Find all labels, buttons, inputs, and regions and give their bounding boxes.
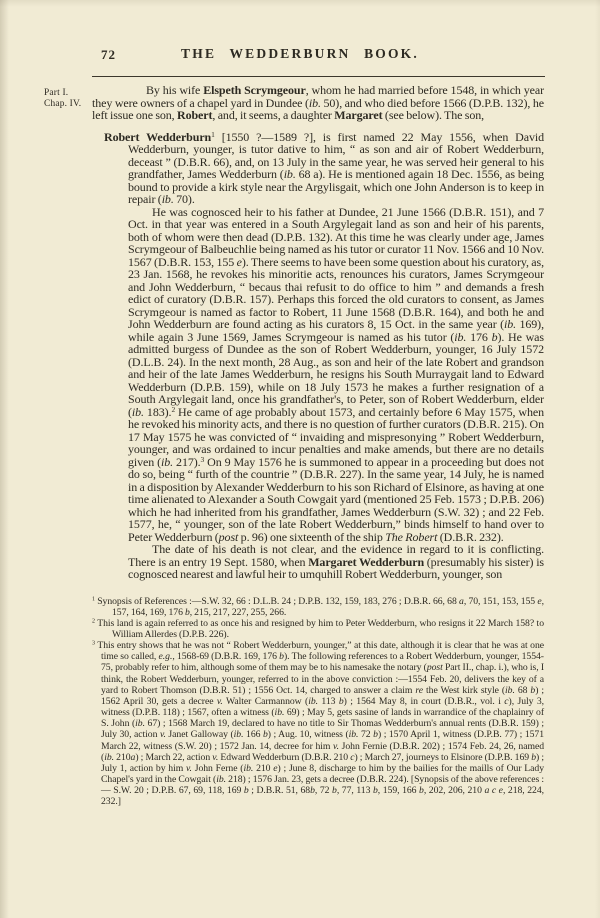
footnote-2: 2 This land is again referred to as once… xyxy=(92,618,544,640)
account-paragraph-opening: Robert Wedderburn1 [1550 ?—1589 ?], is f… xyxy=(128,131,544,206)
text-column: By his wife Elspeth Scrymgeour, whom he … xyxy=(92,84,544,807)
footnote-3: 3 This entry shows that he was not “ Rob… xyxy=(92,640,544,807)
account-paragraph-death: The date of his death is not clear, and … xyxy=(128,543,544,581)
footnote-1: 1 Synopsis of References :—S.W. 32, 66 :… xyxy=(92,596,544,618)
intro-paragraph: By his wife Elspeth Scrymgeour, whom he … xyxy=(92,84,544,122)
book-page: 72 THE WEDDERBURN BOOK. Part I. Chap. IV… xyxy=(0,0,600,918)
running-title: THE WEDDERBURN BOOK. xyxy=(0,46,600,62)
margin-note-chapter: Chap. IV. xyxy=(44,99,81,110)
footnotes-section: 1 Synopsis of References :—S.W. 32, 66 :… xyxy=(92,596,544,808)
account-paragraph-history: He was cognosced heir to his father at D… xyxy=(128,206,544,544)
header-rule xyxy=(92,76,545,77)
margin-note-part: Part I. xyxy=(44,88,81,99)
account-section: Robert Wedderburn1 [1550 ?—1589 ?], is f… xyxy=(128,131,544,581)
page-number: 72 xyxy=(101,47,116,63)
running-header: 72 THE WEDDERBURN BOOK. xyxy=(0,46,600,62)
margin-note: Part I. Chap. IV. xyxy=(44,88,81,110)
